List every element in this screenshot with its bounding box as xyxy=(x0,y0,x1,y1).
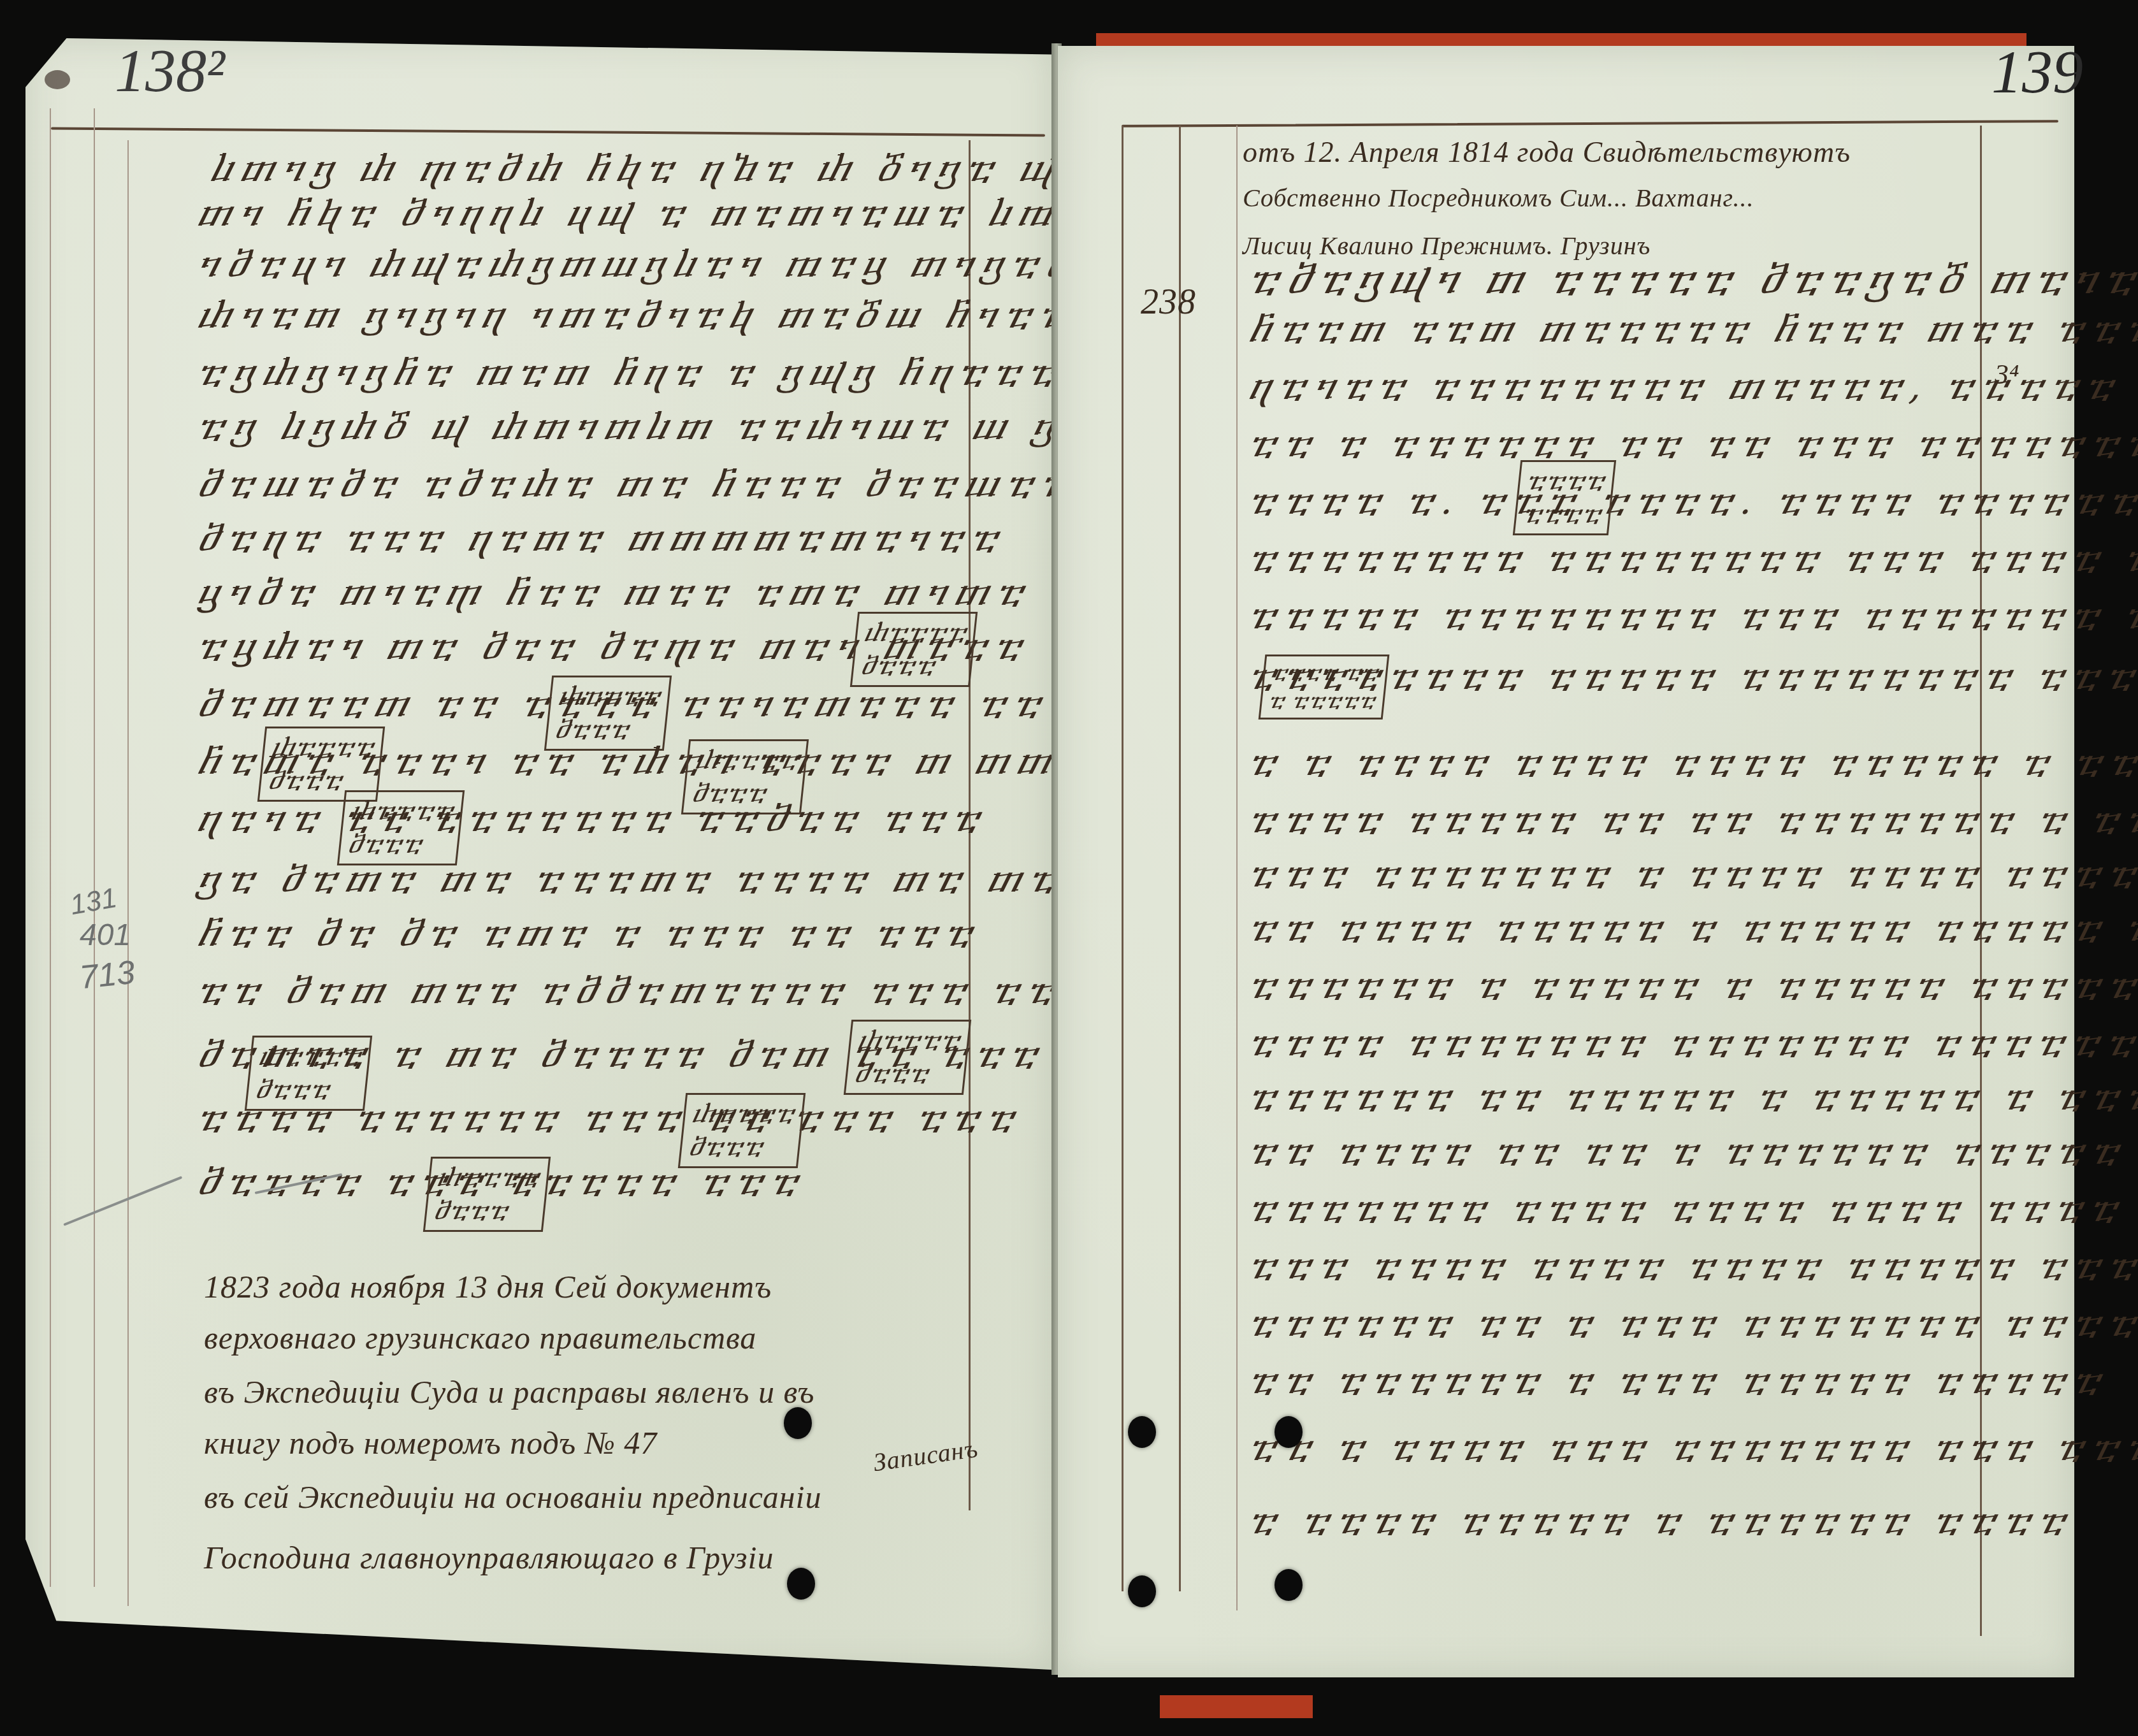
registration-note-line: 1823 года ноября 13 дня Сей документъ xyxy=(204,1268,772,1305)
margin-rule-2 xyxy=(94,108,95,1587)
text-line: ⴀ ⴀⴀⴀⴀ ⴀⴀⴀⴀⴀ ⴀ ⴀⴀⴀⴀⴀⴀ ⴀⴀⴀⴀ xyxy=(1246,1499,2076,1542)
text-line: ⴀⴀⴀⴀⴀ ⴀⴀⴀⴀⴀⴀⴀⴀ ⴀⴀⴀ ⴀⴀⴀⴀⴀⴀⴀ ⴀⴀ ⴀ ⴀ xyxy=(1246,594,2138,637)
left-page: 138² ⴑⴇⴈⴂ ⴐ ⴅⴀⴋⴐ ⴌⴉⴀ ⴄⴆⴀ ⴐ ⴃⴈⴂⴀ ⴓ ⴐⴂⴀ ⴋ … xyxy=(25,38,1051,1670)
text-line: ⴀⴀ ⴀⴀⴀⴀⴀⴀ ⴀ ⴀⴀⴀ ⴀⴀⴀⴀⴀ ⴀⴀⴀⴀⴀ xyxy=(1246,1359,2111,1402)
text-line: ⴋⴀⴄⴀ ⴀⴀⴀ ⴄⴀⴇⴀ ⴇⴇⴇⴇⴀⴇⴀⴈⴀⴀ xyxy=(194,516,1009,560)
text-line: ⴀⴀ ⴀ ⴀⴀⴀⴀ ⴀⴀⴀ ⴀⴀⴀⴀⴀⴀⴀ ⴀⴀⴀ ⴀⴀⴀⴀ xyxy=(1246,1426,2138,1469)
text-line: ⴄⴀⴈⴀ ⴀⴀ ⴀⴀⴀⴀⴀⴀⴀ ⴀⴀⴋⴀⴀ ⴀⴀⴀ xyxy=(194,797,990,840)
text-line: ⴀⴀⴀⴀⴀⴀ ⴀⴀ ⴀⴀⴀⴀⴀ ⴀ ⴀⴀⴀⴀⴀ ⴀ ⴀⴀⴀ xyxy=(1246,1075,2138,1118)
text-start-rule xyxy=(1236,126,1238,1610)
binding-hole xyxy=(787,1568,815,1600)
text-line: ⴀⴀⴀⴀ ⴀⴀⴀⴀⴀⴀⴀ ⴀⴀⴀⴀⴀⴀⴀ ⴀⴀⴀⴀⴀⴀⴀ xyxy=(1246,1021,2138,1064)
text-line: ⴇⴈ ⴌⴉⴀ ⴋⴈⴄⴄⴑ ⴗⴓ ⴀ ⴇⴀⴇⴈⴀⴍⴀ ⴑⴊⴇⴂⴀⴈ xyxy=(194,191,1199,235)
header-rule xyxy=(51,127,1045,137)
header-line: Собственно Посредникомъ Сим... Вахтанг..… xyxy=(1243,183,1754,213)
boxed-insertion: ⴐⴀⴀⴀⴀ ⴋⴀⴀⴀ xyxy=(850,612,978,687)
boxed-insertion: ⴀⴀⴀⴀ ⴀⴀⴀⴀ xyxy=(1513,460,1616,535)
right-page: 139 238 3⁴ отъ 12. Апреля 1814 года Свид… xyxy=(1058,46,2074,1677)
text-line: ⴐⴈⴀⴇ ⴂⴈⴂⴈⴄ ⴈⴇⴀⴋⴈⴀⴉ ⴇⴀⴃⴍ ⴌⴈⴀⴀⴀ xyxy=(194,293,1112,336)
text-line: ⴀ ⴀ ⴀⴀⴀⴀ ⴀⴀⴀⴀ ⴀⴀⴀⴀ ⴀⴀⴀⴀⴀ ⴀ ⴀⴀ xyxy=(1246,741,2138,784)
registration-note-line: Господина главноуправляющаго в Грузіи xyxy=(204,1539,774,1576)
text-line: ⴀⴀⴀⴀⴀⴀⴀ ⴀⴀⴀⴀ ⴀⴀⴀⴀ ⴀⴀⴀⴀ ⴀⴀⴀⴀ ⴀⴀ xyxy=(1246,1187,2138,1230)
registration-note-line: въ Экспедиціи Суда и расправы явленъ и в… xyxy=(204,1373,814,1410)
text-line: ⴄⴀⴈⴀⴀ ⴀⴀⴀⴀⴀⴀⴀⴀ ⴇⴀⴀⴀⴀ, ⴀⴀⴀⴀⴀ ⴀ ⴀⴀⴀ xyxy=(1246,365,2138,408)
boxed-insertion: ⴀⴀⴀⴀ ⴀⴀ ⴀ ⴀⴀⴀⴀⴀ xyxy=(1259,655,1389,720)
folio-number-left: 138² xyxy=(115,35,225,106)
boxed-insertion: ⴐⴀⴀⴀⴀ ⴋⴀⴀⴀ xyxy=(678,1093,806,1168)
registration-note-line: книгу подъ номеромъ подъ № 47 xyxy=(204,1424,657,1461)
text-line: ⴂⴀ ⴋⴀⴇⴀ ⴇⴀ ⴀⴀⴀⴇⴀ ⴀⴀⴀⴀ ⴇⴀ ⴇⴀⴀⴀ xyxy=(194,857,1137,901)
boxed-insertion: ⴐⴀⴀⴀⴀ ⴋⴀⴀⴀ xyxy=(423,1157,551,1232)
binding-hole xyxy=(1128,1416,1156,1448)
column-rule-1 xyxy=(1122,126,1123,1591)
registration-note-line: верховнаго грузинскаго правительства xyxy=(204,1319,756,1356)
text-line: ⴀⴀⴀⴀⴀⴀ ⴀⴀ ⴀ ⴀⴀⴀ ⴀⴀⴀⴀⴀⴀⴀ ⴀⴀⴀⴀ xyxy=(1246,1301,2138,1345)
margin-rule-3 xyxy=(127,140,129,1606)
text-line: ⴀⴀ ⴀ ⴀⴀⴀⴀⴀⴀ ⴀⴀ ⴀⴀ ⴀⴀⴀ ⴀⴀⴀⴀⴀⴀⴀ ⴀⴀ xyxy=(1246,422,2138,465)
header-rule xyxy=(1122,120,2058,127)
text-line: ⴀⴀⴀⴀ ⴀ. ⴀⴀⴀ ⴀⴀⴀⴀ. ⴀⴀⴀⴀ ⴀⴀⴀⴀⴀⴀ ⴀⴀⴀ xyxy=(1246,479,2138,523)
pencil-note: 131 xyxy=(68,882,119,922)
text-line: ⴀⴀⴀ ⴀⴀⴀⴀ ⴀⴀⴀⴀ ⴀⴀⴀⴀ ⴀⴀⴀⴀⴀ ⴀⴀⴀⴀ ⴀⴀ xyxy=(1246,1244,2138,1287)
margin-rule-1 xyxy=(50,108,51,1587)
pencil-note: 713 xyxy=(78,953,137,997)
column-rule-2 xyxy=(1179,126,1181,1591)
binding-hole xyxy=(784,1407,812,1439)
text-line: ⴀⴀⴀⴀⴀⴀⴀⴀ ⴀⴀⴀⴀⴀⴀⴀⴀ ⴀⴀⴀ ⴀⴀⴀⴀ ⴀⴀⴀⴀ xyxy=(1246,537,2138,580)
text-line: ⴋⴀⴍⴀⴋⴀ ⴀⴋⴀⴐⴀ ⴇⴀ ⴌⴀⴀⴀ ⴋⴀⴀⴍⴀⴀⴇⴀ xyxy=(194,462,1156,505)
binding-hole xyxy=(1275,1569,1303,1601)
text-line: ⴀⴀⴀⴀ ⴀⴀⴀⴀⴀ ⴀⴀ ⴀⴀ ⴀⴀⴀⴀⴀⴀⴀ ⴀ ⴀⴀⴀⴀ ⴀ xyxy=(1246,798,2138,841)
text-line: ⴀⴀ ⴋⴀⴇ ⴇⴀⴀ ⴀⴋⴋⴀⴇⴀⴀⴀⴀ ⴀⴀⴀ ⴀⴀⴀⴀⴀ xyxy=(194,969,1170,1012)
text-line: ⴀⴀ ⴀⴀⴀⴀ ⴀⴀⴀⴀⴀ ⴀ ⴀⴀⴀⴀⴀ ⴀⴀⴀⴀⴀ ⴀⴀⴀⴀ xyxy=(1246,906,2138,950)
boxed-insertion: ⴐⴀⴀⴀⴀ ⴋⴀⴀⴀ xyxy=(337,790,465,865)
text-line: ⴌⴀⴀ ⴋⴀ ⴋⴀ ⴀⴇⴀ ⴀ ⴀⴀⴀ ⴀⴀ ⴀⴀⴀ xyxy=(194,911,983,955)
text-line: ⴌⴀⴀⴇ ⴀⴀⴇ ⴇⴀⴀⴀⴀⴀ ⴌⴀⴀⴀ ⴇⴀⴀ ⴀⴀⴀ ⴀ ⴀⴀ xyxy=(1246,307,2138,351)
text-line: ⴀⴂⴐⴂⴈⴂⴌⴀ ⴊⴀⴇ ⴌⴄⴀ ⴀ ⴂⴓⴂ ⴌⴄⴀⴀⴀ xyxy=(194,351,1066,394)
entry-number: 238 xyxy=(1141,282,1196,322)
folio-number-right: 139 xyxy=(1991,36,2083,107)
book-cover-bottom-edge xyxy=(1160,1695,1313,1718)
text-line: ⴀⴀⴀⴀ ⴀⴀⴀⴀⴀⴀ ⴀⴀⴀ ⴀⴀ ⴀⴀⴀ ⴀⴀⴀ xyxy=(194,1096,1025,1139)
text-line: ⴀⴋⴀⴂⴓⴈ ⴇ ⴀⴀⴀⴀⴀ ⴋⴀⴀⴂⴀⴃ ⴇⴀⴈⴀ ⴀⴀ xyxy=(1246,256,2138,303)
text-line: ⴁⴈⴋⴀ ⴇⴈⴀⴅ ⴌⴀⴀ ⴊⴀⴀ ⴀⴇⴀ ⴇⴈⴇⴀ xyxy=(194,570,1034,614)
boxed-insertion: ⴐⴀⴀⴀⴀ ⴋⴀⴀⴀ xyxy=(844,1020,972,1095)
header-line: отъ 12. Апреля 1814 года Свидѣтельствуют… xyxy=(1243,135,1851,169)
text-line: ⴀⴀⴀ ⴀⴀⴀⴀⴀⴀⴀ ⴀ ⴀⴀⴀⴀ ⴀⴀⴀⴀ ⴀⴀⴀⴀⴀ xyxy=(1246,852,2138,895)
text-line: ⴀⴀ ⴀⴀⴀⴀ ⴀⴀ ⴀⴀ ⴀ ⴀⴀⴀⴀⴀⴀ ⴀⴀⴀⴀⴀ xyxy=(1246,1129,2129,1173)
pencil-stroke xyxy=(63,1176,182,1226)
book-cover-top-edge xyxy=(1096,33,2026,47)
binding-hole xyxy=(1128,1575,1156,1607)
ink-blot xyxy=(45,70,70,89)
binding-hole xyxy=(1275,1416,1303,1448)
registration-note-line: въ сей Экспедиціи на основаніи предписан… xyxy=(204,1479,821,1515)
pencil-note: 401 xyxy=(80,918,131,953)
margin-signature: Записанъ xyxy=(872,1433,980,1478)
text-line: ⴀⴀⴀⴀⴀⴀ ⴀ ⴀⴀⴀⴀⴀ ⴀ ⴀⴀⴀⴀⴀ ⴀⴀⴀⴀⴀⴀⴀ xyxy=(1246,964,2138,1007)
